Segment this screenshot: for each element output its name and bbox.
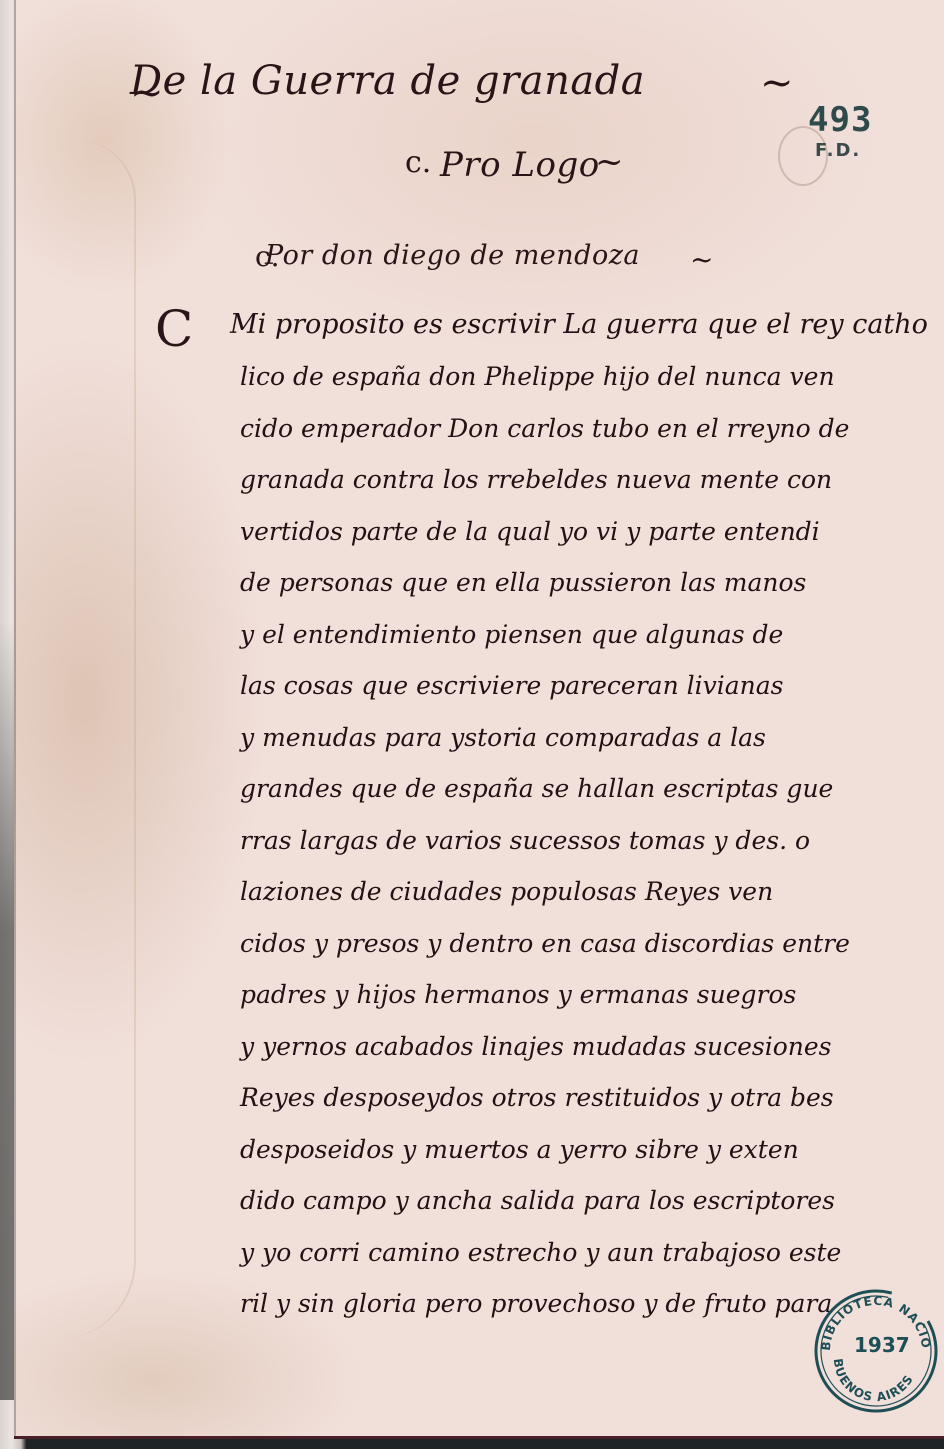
text-line: lico de españa don Phelippe hijo del nun… — [160, 340, 900, 392]
prologo-left-ornament: c. — [405, 145, 431, 180]
author-line: Por don diego de mendoza — [265, 240, 640, 271]
text-line: padres y hijos hermanos y ermanas suegro… — [160, 958, 900, 1010]
stamp-year: 1937 — [854, 1333, 910, 1357]
text-line: dido campo y ancha salida para los escri… — [160, 1164, 900, 1216]
text-line: y el entendimiento piensen que algunas d… — [160, 597, 900, 649]
text-line: desposeidos y muertos a yerro sibre y ex… — [160, 1112, 900, 1164]
text-line: Mi proposito es escrivir La guerra que e… — [160, 288, 900, 340]
text-line: las cosas que escriviere pareceran livia… — [160, 649, 900, 701]
text-line: granada contra los rrebeldes nueva mente… — [160, 443, 900, 495]
section-heading: Pro Logo — [440, 145, 600, 185]
folio-number-stamp: 493 — [808, 100, 872, 140]
text-line: laziones de ciudades populosas Reyes ven — [160, 855, 900, 907]
text-line: Reyes desposeydos otros restituidos y ot… — [160, 1061, 900, 1113]
text-line: cidos y presos y dentro en casa discordi… — [160, 906, 900, 958]
binding-shadow — [0, 620, 14, 1400]
document-title: De la Guerra de granada — [130, 58, 645, 104]
text-line: de personas que en ella pussieron las ma… — [160, 546, 900, 598]
text-line: ril y sin gloria pero provechoso y de fr… — [160, 1267, 900, 1319]
text-line: vertidos parte de la qual yo vi y parte … — [160, 494, 900, 546]
text-line: grandes que de españa se hallan escripta… — [160, 752, 900, 804]
text-line: rras largas de varios sucessos tomas y d… — [160, 803, 900, 855]
text-line: y yernos acabados linajes mudadas sucesi… — [160, 1009, 900, 1061]
manuscript-body: Mi proposito es escrivir La guerra que e… — [160, 288, 900, 1318]
author-right-ornament: ~ — [690, 243, 713, 276]
svg-text:BUENOS AIRES: BUENOS AIRES — [831, 1358, 916, 1405]
text-line: y menudas para ystoria comparadas a las — [160, 700, 900, 752]
right-swash-ornament: ~ — [760, 60, 794, 106]
folio-code-stamp: F.D. — [815, 140, 861, 161]
text-line: cido emperador Don carlos tubo en el rre… — [160, 391, 900, 443]
text-line: y yo corri camino estrecho y aun trabajo… — [160, 1215, 900, 1267]
stamp-bottom-text: BUENOS AIRES — [831, 1358, 916, 1405]
